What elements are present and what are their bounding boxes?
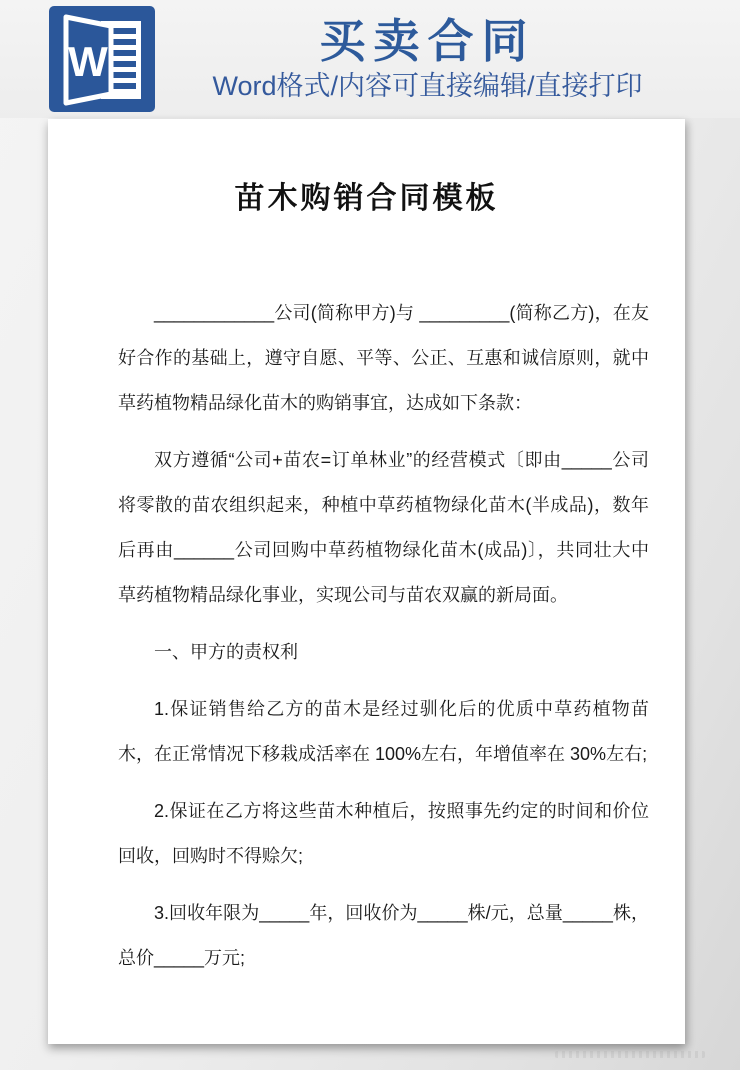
document-page: 苗木购销合同模板 ____________公司(简称甲方)与 _________… (48, 119, 685, 1044)
clause-2: 2.保证在乙方将这些苗木种植后，按照事先约定的时间和价位回收，回购时不得赊欠; (118, 789, 649, 879)
banner-title: 买卖合同 (155, 15, 700, 67)
page-background: W 买卖合同 Word格式/内容可直接编辑/直接打印 苗木购销合同模板 ____… (0, 0, 740, 1070)
paragraph-parties-intro: ____________公司(简称甲方)与 _________(简称乙方)，在友… (118, 291, 649, 426)
banner: W 买卖合同 Word格式/内容可直接编辑/直接打印 (0, 0, 740, 118)
word-icon-letter: W (68, 38, 108, 85)
banner-text: 买卖合同 Word格式/内容可直接编辑/直接打印 (155, 15, 740, 103)
faint-watermark (555, 1051, 705, 1058)
clause-1: 1.保证销售给乙方的苗木是经过驯化后的优质中草药植物苗木，在正常情况下移栽成活率… (118, 687, 649, 777)
document-title: 苗木购销合同模板 (84, 177, 649, 221)
banner-subtitle: Word格式/内容可直接编辑/直接打印 (155, 69, 700, 103)
word-icon: W (49, 6, 155, 112)
word-logo-graphic: W (49, 6, 155, 112)
section-heading-party-a-duties: 一、甲方的责权利 (118, 630, 649, 675)
paragraph-business-model: 双方遵循“公司+苗农=订单林业”的经营模式〔即由_____公司将零散的苗农组织起… (118, 438, 649, 618)
clause-3: 3.回收年限为_____年，回收价为_____株/元，总量_____株，总价__… (118, 891, 649, 981)
